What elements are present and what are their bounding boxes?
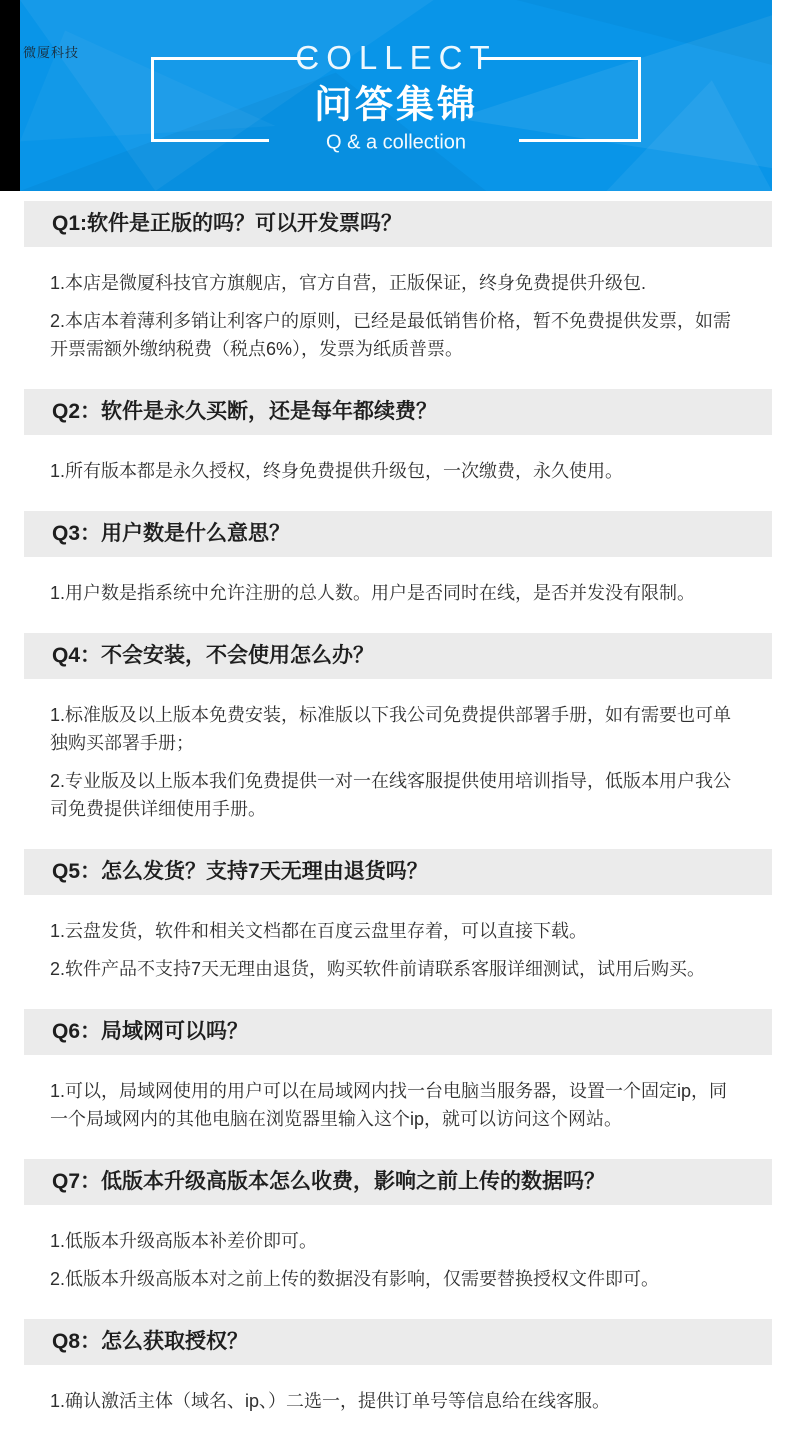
qa-section-8: Q8：怎么获取授权？ 1.确认激活主体（域名、ip、）二选一，提供订单号等信息给… (24, 1319, 772, 1415)
question-text: Q8：怎么获取授权？ (52, 1330, 248, 1353)
question-bar: Q2：软件是永久买断，还是每年都续费？ (24, 389, 772, 435)
answer-paragraph: 1.云盘发货，软件和相关文档都在百度云盘里存着，可以直接下载。 (50, 917, 733, 945)
answer-paragraph: 2.本店本着薄利多销让利客户的原则，已经是最低销售价格，暂不免费提供发票，如需开… (50, 307, 733, 363)
question-text: Q6：局域网可以吗？ (52, 1020, 248, 1043)
question-text: Q4：不会安装，不会使用怎么办？ (52, 644, 374, 667)
answer-block: 1.标准版及以上版本免费安装，标准版以下我公司免费提供部署手册，如有需要也可单独… (24, 679, 733, 823)
title-frame: COLLECT 问答集锦 Q & a collection (151, 57, 641, 142)
answer-paragraph: 2.低版本升级高版本对之前上传的数据没有影响，仅需要替换授权文件即可。 (50, 1265, 733, 1293)
question-bar: Q6：局域网可以吗？ (24, 1009, 772, 1055)
answer-block: 1.确认激活主体（域名、ip、）二选一，提供订单号等信息给在线客服。 (24, 1365, 733, 1415)
answer-paragraph: 1.低版本升级高版本补差价即可。 (50, 1227, 733, 1255)
qa-section-4: Q4：不会安装，不会使用怎么办？ 1.标准版及以上版本免费安装，标准版以下我公司… (24, 633, 772, 823)
answer-paragraph: 1.所有版本都是永久授权，终身免费提供升级包，一次缴费，永久使用。 (50, 457, 733, 485)
faq-page: COLLECT 问答集锦 Q & a collection 微厦科技 Q1:软件… (0, 0, 790, 1444)
answer-block: 1.用户数是指系统中允许注册的总人数。用户是否同时在线，是否并发没有限制。 (24, 557, 733, 607)
banner-title-en: COLLECT (295, 39, 496, 77)
banner-left-black-strip (0, 0, 20, 191)
question-bar: Q1:软件是正版的吗？可以开发票吗？ (24, 201, 772, 247)
hero-banner-row: COLLECT 问答集锦 Q & a collection 微厦科技 (0, 0, 790, 191)
question-text: Q1:软件是正版的吗？可以开发票吗？ (52, 212, 402, 235)
answer-paragraph: 2.软件产品不支持7天无理由退货，购买软件前请联系客服详细测试，试用后购买。 (50, 955, 733, 983)
frame-top-left-segment (151, 57, 313, 60)
qa-section-3: Q3：用户数是什么意思？ 1.用户数是指系统中允许注册的总人数。用户是否同时在线… (24, 511, 772, 607)
banner-title-zh: 问答集锦 (314, 74, 478, 129)
question-text: Q5：怎么发货？支持7天无理由退货吗？ (52, 860, 428, 883)
qa-section-6: Q6：局域网可以吗？ 1.可以，局域网使用的用户可以在局域网内找一台电脑当服务器… (24, 1009, 772, 1133)
frame-bottom-right-segment (519, 139, 642, 142)
question-bar: Q5：怎么发货？支持7天无理由退货吗？ (24, 849, 772, 895)
question-bar: Q3：用户数是什么意思？ (24, 511, 772, 557)
answer-paragraph: 1.可以，局域网使用的用户可以在局域网内找一台电脑当服务器，设置一个固定ip，同… (50, 1077, 733, 1133)
answer-block: 1.云盘发货，软件和相关文档都在百度云盘里存着，可以直接下载。 2.软件产品不支… (24, 895, 733, 983)
question-bar: Q8：怎么获取授权？ (24, 1319, 772, 1365)
brand-watermark: 微厦科技 (23, 42, 79, 61)
answer-paragraph: 1.本店是微厦科技官方旗舰店，官方自营，正版保证，终身免费提供升级包. (50, 269, 733, 297)
qa-list: Q1:软件是正版的吗？可以开发票吗？ 1.本店是微厦科技官方旗舰店，官方自营，正… (24, 191, 772, 1441)
frame-right-edge (638, 57, 641, 142)
frame-left-edge (151, 57, 154, 142)
frame-top-right-segment (479, 57, 641, 60)
question-bar: Q7：低版本升级高版本怎么收费，影响之前上传的数据吗？ (24, 1159, 772, 1205)
question-text: Q3：用户数是什么意思？ (52, 522, 290, 545)
banner-subtitle: Q & a collection (326, 132, 466, 155)
hero-banner: COLLECT 问答集锦 Q & a collection (20, 0, 772, 191)
answer-block: 1.低版本升级高版本补差价即可。 2.低版本升级高版本对之前上传的数据没有影响，… (24, 1205, 733, 1293)
answer-paragraph: 1.确认激活主体（域名、ip、）二选一，提供订单号等信息给在线客服。 (50, 1387, 733, 1415)
question-bar: Q4：不会安装，不会使用怎么办？ (24, 633, 772, 679)
answer-block: 1.可以，局域网使用的用户可以在局域网内找一台电脑当服务器，设置一个固定ip，同… (24, 1055, 733, 1133)
answer-paragraph: 2.专业版及以上版本我们免费提供一对一在线客服提供使用培训指导，低版本用户我公司… (50, 767, 733, 823)
qa-section-7: Q7：低版本升级高版本怎么收费，影响之前上传的数据吗？ 1.低版本升级高版本补差… (24, 1159, 772, 1293)
answer-block: 1.本店是微厦科技官方旗舰店，官方自营，正版保证，终身免费提供升级包. 2.本店… (24, 247, 733, 363)
question-text: Q2：软件是永久买断，还是每年都续费？ (52, 400, 437, 423)
qa-section-5: Q5：怎么发货？支持7天无理由退货吗？ 1.云盘发货，软件和相关文档都在百度云盘… (24, 849, 772, 983)
question-text: Q7：低版本升级高版本怎么收费，影响之前上传的数据吗？ (52, 1170, 605, 1193)
answer-block: 1.所有版本都是永久授权，终身免费提供升级包，一次缴费，永久使用。 (24, 435, 733, 485)
qa-section-2: Q2：软件是永久买断，还是每年都续费？ 1.所有版本都是永久授权，终身免费提供升… (24, 389, 772, 485)
answer-paragraph: 1.用户数是指系统中允许注册的总人数。用户是否同时在线，是否并发没有限制。 (50, 579, 733, 607)
answer-paragraph: 1.标准版及以上版本免费安装，标准版以下我公司免费提供部署手册，如有需要也可单独… (50, 701, 733, 757)
qa-section-1: Q1:软件是正版的吗？可以开发票吗？ 1.本店是微厦科技官方旗舰店，官方自营，正… (24, 201, 772, 363)
frame-bottom-left-segment (151, 139, 269, 142)
